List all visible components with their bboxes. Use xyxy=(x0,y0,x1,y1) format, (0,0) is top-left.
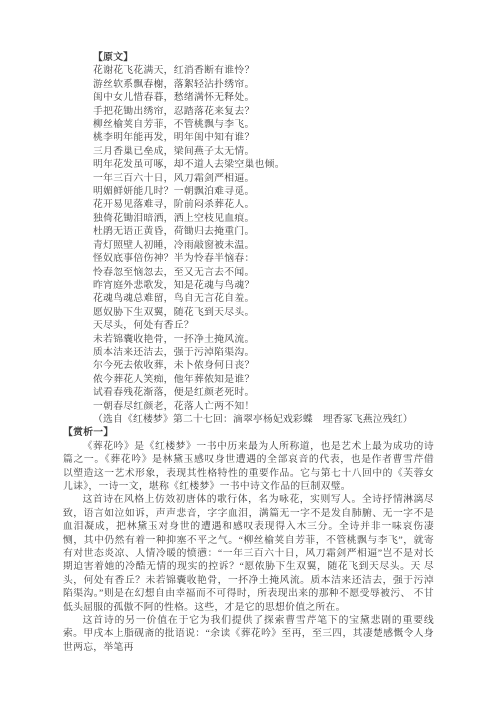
page-content: 【原文】 花谢花飞花满天，红消香断有谁怜？ 游丝软系飘春榭，落絮轻沾扑绣帘。 闺… xyxy=(0,0,496,654)
poem-line: 三月香巢已垒成，梁间燕子太无情。 xyxy=(93,145,434,158)
analysis-header: 【赏析一】 xyxy=(63,426,434,439)
poem-line: 花开易见落难寻，阶前闷杀葬花人。 xyxy=(93,198,434,211)
poem-line: 昨宵庭外悲歌发，知是花魂与鸟魂？ xyxy=(93,279,434,292)
analysis-section: 【赏析一】 《葬花吟》是《红楼梦》一书中历来最为人所称道，也是艺术上最为成功的诗… xyxy=(63,426,434,654)
poem-line: 闺中女儿惜春暮，愁绪满怀无释处。 xyxy=(93,91,434,104)
document-page: 【原文】 花谢花飞花满天，红消香断有谁怜？ 游丝软系飘春榭，落絮轻沾扑绣帘。 闺… xyxy=(0,0,496,702)
poem-line: 尔今死去侬收葬，未卜侬身何日丧？ xyxy=(93,359,434,372)
analysis-paragraph: 这首诗的另一价值在于它为我们提供了探索曹雪芹笔下的宝黛悲剧的重要线索。甲戌本上脂… xyxy=(63,614,434,654)
poem-line: 明媚鲜妍能几时？一朝飘泊难寻觅。 xyxy=(93,185,434,198)
original-text-section: 【原文】 花谢花飞花满天，红消香断有谁怜？ 游丝软系飘春榭，落絮轻沾扑绣帘。 闺… xyxy=(93,51,434,426)
poem-line: 愿奴胁下生双翼，随花飞到天尽头。 xyxy=(93,306,434,319)
poem-line: 侬今葬花人笑痴，他年葬侬知是谁？ xyxy=(93,373,434,386)
analysis-paragraph: 这首诗在风格上仿效初唐体的歌行体，名为咏花，实则写人。全诗抒情淋漓尽致，语言如泣… xyxy=(63,493,434,614)
poem-line: 怜春忽至恼忽去，至又无言去不闻。 xyxy=(93,266,434,279)
poem-line: 青灯照壁人初睡，冷雨敲窗被未温。 xyxy=(93,239,434,252)
poem-line: 一年三百六十日，风刀霜剑严相逼。 xyxy=(93,172,434,185)
poem-line: 柳丝榆荚自芳菲，不管桃飘与李飞。 xyxy=(93,118,434,131)
poem-line: 质本洁来还洁去，强于污淖陷渠沟。 xyxy=(93,346,434,359)
poem-line: 花魂鸟魂总难留，鸟自无言花自羞。 xyxy=(93,292,434,305)
poem-line: 怪奴底事倍伤神？半为怜春半恼春： xyxy=(93,252,434,265)
poem-line: 独倚花锄泪暗洒，洒上空枝见血痕。 xyxy=(93,212,434,225)
analysis-paragraph: 《葬花吟》是《红楼梦》一书中历来最为人所称道，也是艺术上最为成功的诗篇之一。《葬… xyxy=(63,440,434,494)
poem-line: 一朝春尽红颜老，花落人亡两不知！ xyxy=(93,400,434,413)
poem-line: 明年花发虽可啄，却不道人去梁空巢也倾。 xyxy=(93,158,434,171)
poem-line: 桃李明年能再发，明年闺中知有谁？ xyxy=(93,131,434,144)
poem-line: 天尽头，何处有香丘？ xyxy=(93,319,434,332)
poem-line: 花谢花飞花满天，红消香断有谁怜？ xyxy=(93,64,434,77)
original-text-header: 【原文】 xyxy=(93,51,434,64)
poem-line: 未若锦囊收艳骨，一抔净土掩风流。 xyxy=(93,333,434,346)
poem-line: 游丝软系飘春榭，落絮轻沾扑绣帘。 xyxy=(93,78,434,91)
poem-source-citation: （选自《红楼梦》第二十七回：滴翠亭杨妃戏彩蝶 埋香冢飞燕泣残红） xyxy=(93,413,434,426)
poem-line: 杜鹃无语正黄昏，荷锄归去掩重门。 xyxy=(93,225,434,238)
poem-line: 手把花锄出绣帘，忍踏落花来复去？ xyxy=(93,105,434,118)
poem-line: 试看春残花渐落，便是红颜老死时。 xyxy=(93,386,434,399)
